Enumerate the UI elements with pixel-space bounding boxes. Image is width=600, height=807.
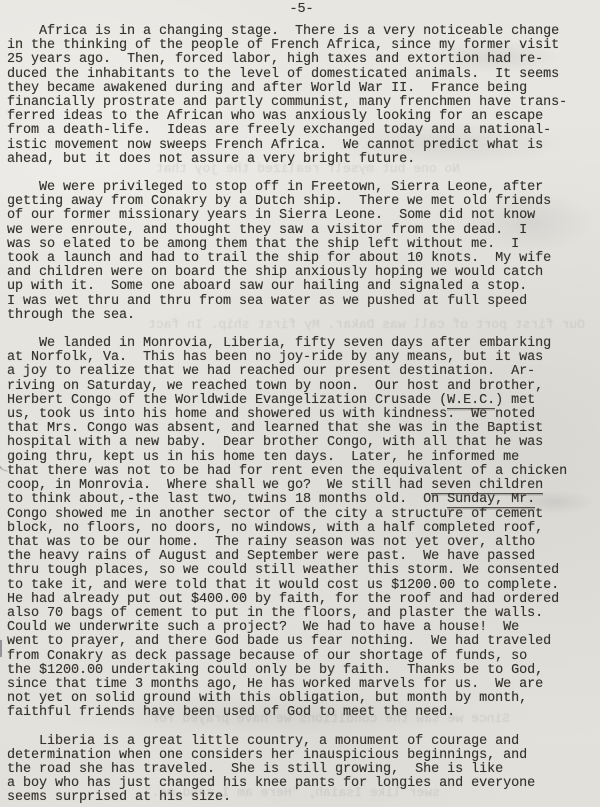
scanned-page: No one but myself realized the joy thatO…	[0, 0, 600, 807]
paragraph-freetown-stop: We were privileged to stop off in Freeto…	[7, 181, 596, 323]
page-number: -5-	[7, 3, 596, 17]
paragraph-monrovia-landing: We landed in Monrovia, Liberia, fifty se…	[7, 337, 596, 720]
paragraph-africa-changing: Africa is in a changing stage. There is …	[7, 25, 596, 167]
typed-text-layer: -5- Africa is in a changing stage. There…	[0, 0, 600, 807]
paragraph-liberia-country: Liberia is a great little country, a mon…	[7, 735, 596, 806]
